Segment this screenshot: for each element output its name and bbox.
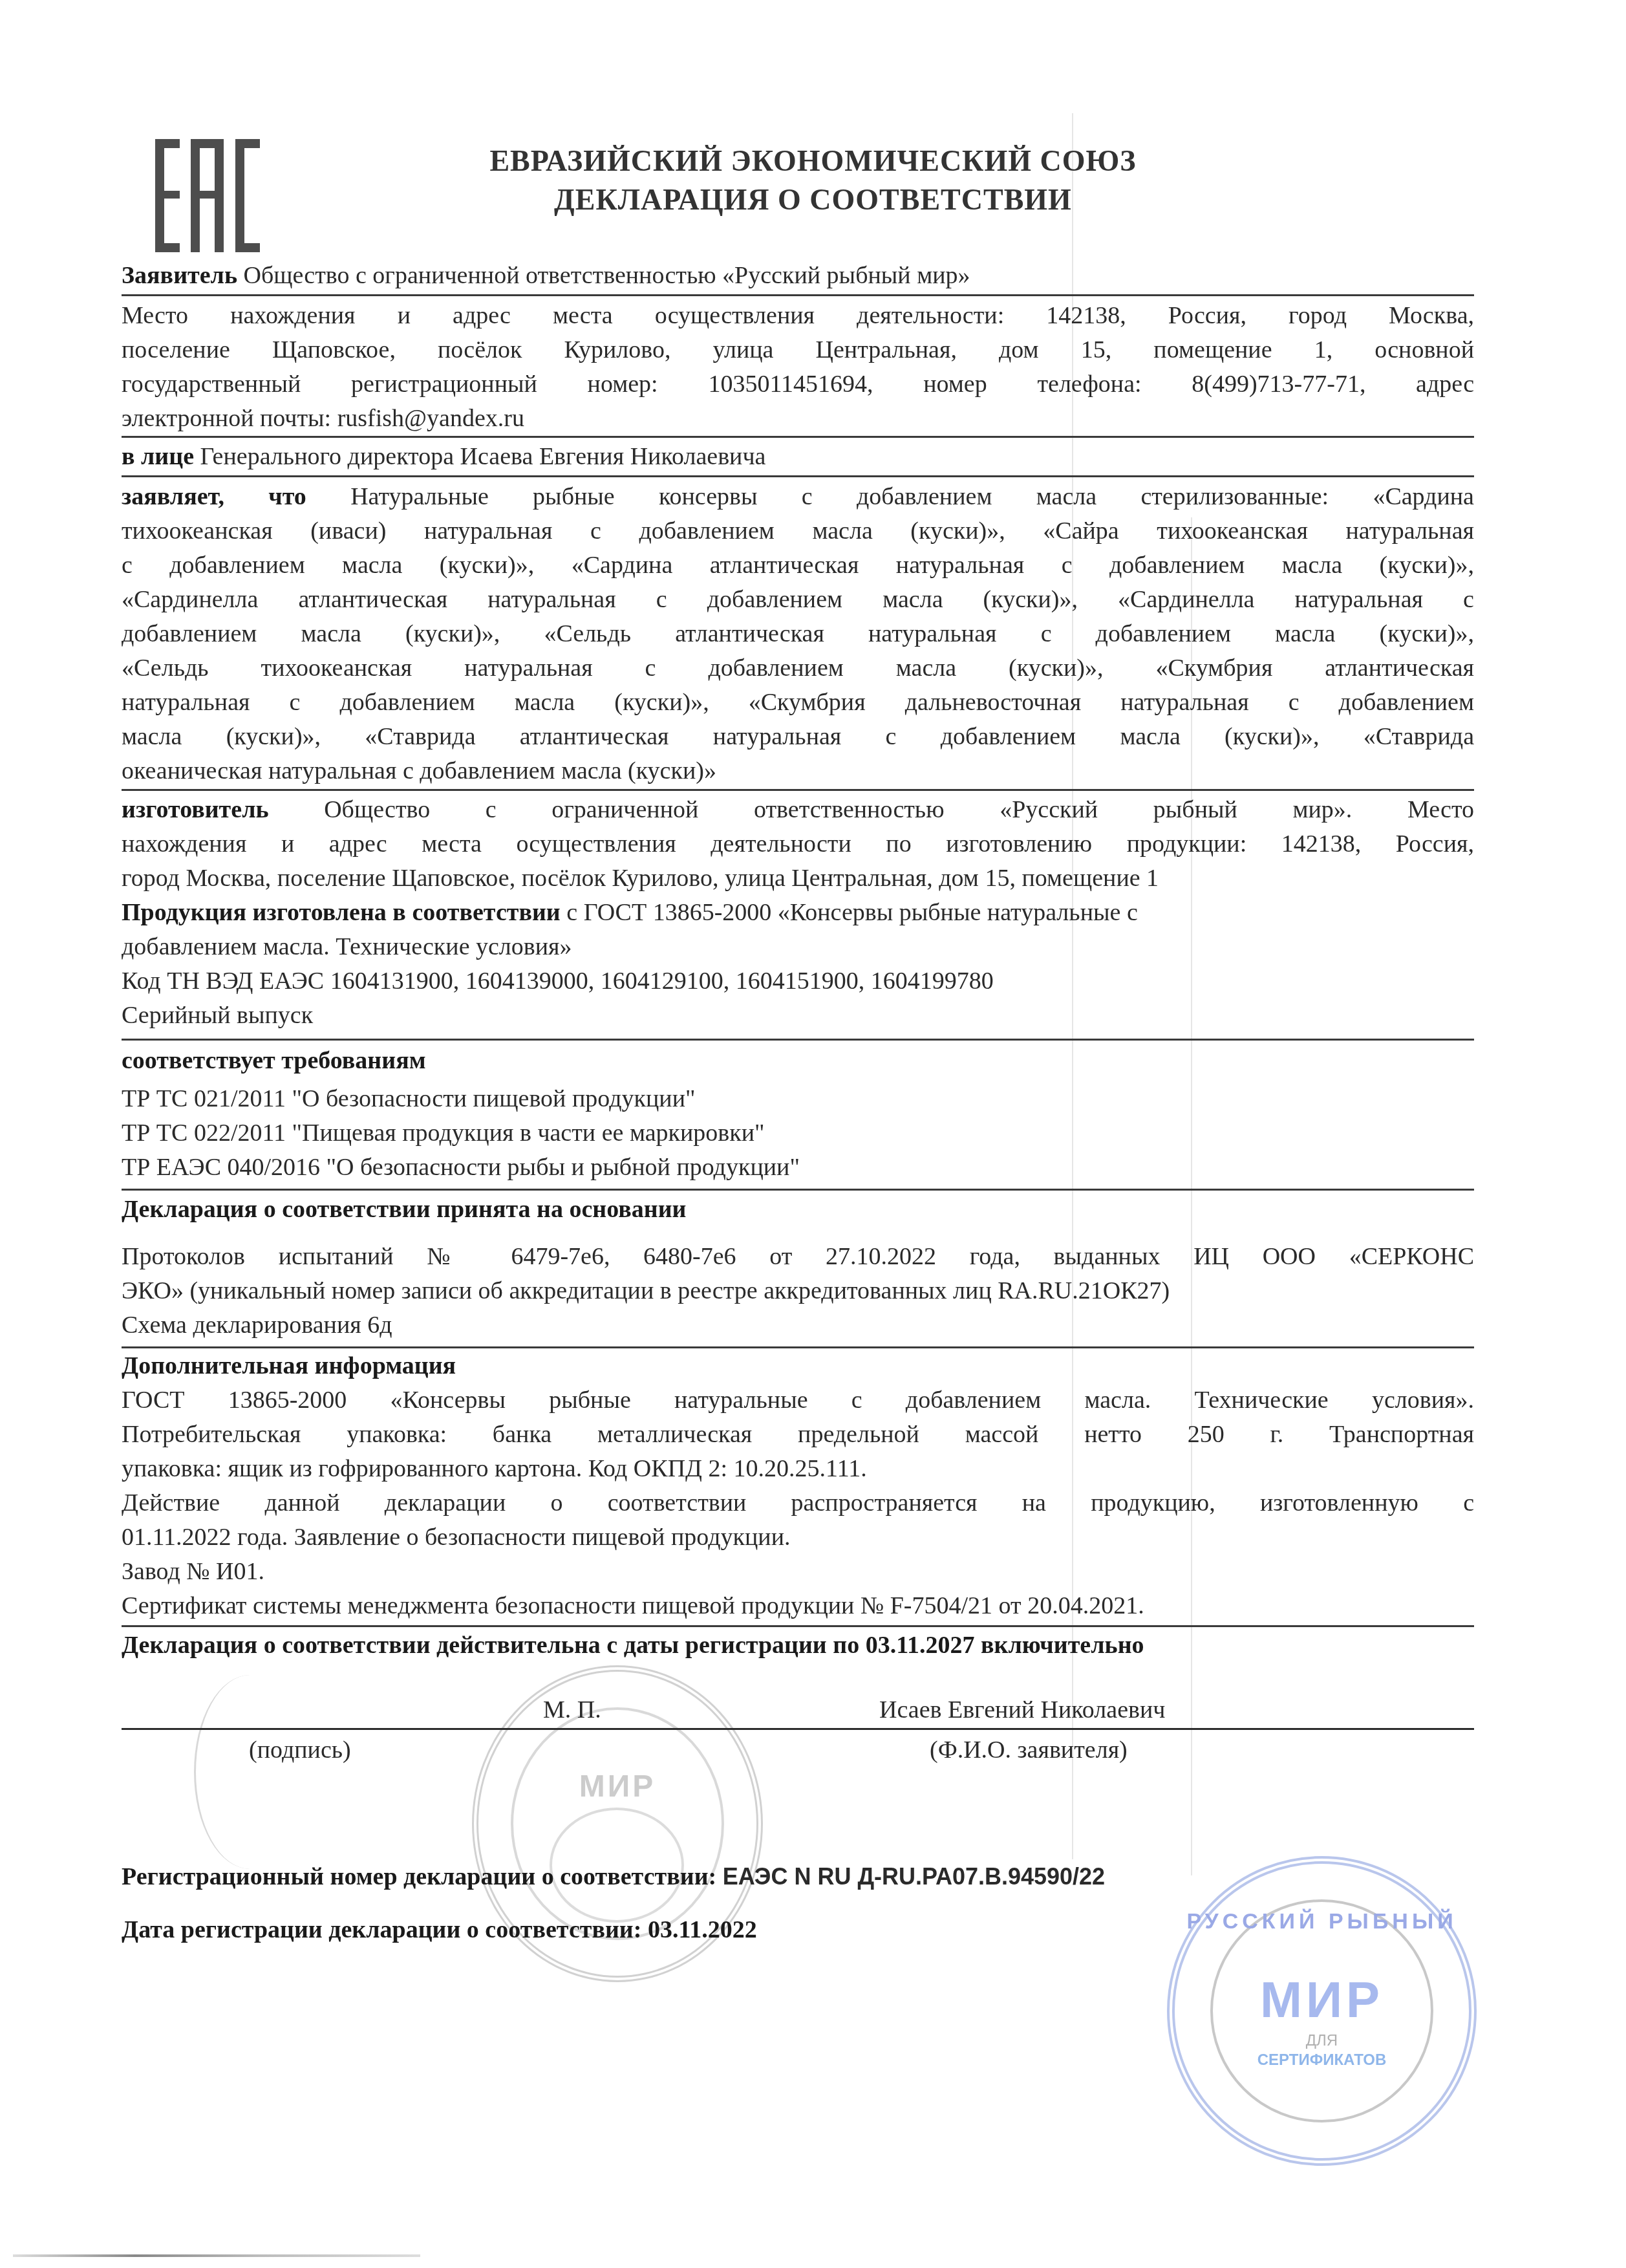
seal-text: МИР (478, 1769, 756, 1804)
declares-line: добавлением масла (куски)», «Сельдь атла… (122, 617, 1474, 651)
address-line: Место нахождения и адрес места осуществл… (122, 299, 1474, 333)
production-type: Серийный выпуск (122, 999, 1474, 1033)
signature-caption: (подпись) (249, 1733, 351, 1767)
divider (122, 1346, 1474, 1348)
manufacturer-line: город Москва, поселение Щаповское, посёл… (122, 861, 1474, 896)
requirements-section: соответствует требованиям ТР ТС 021/2011… (122, 1044, 1474, 1185)
standard-text: с ГОСТ 13865-2000 «Консервы рыбные натур… (566, 899, 1137, 926)
manufacturer-label: изготовитель (122, 796, 269, 823)
additional-line: ГОСТ 13865-2000 «Консервы рыбные натурал… (122, 1383, 1474, 1418)
manufacturer-line: нахождения и адрес места осуществления д… (122, 827, 1474, 861)
additional-label: Дополнительная информация (122, 1349, 1474, 1383)
stamp-subtext: ДЛЯ (1175, 2032, 1469, 2050)
validity-statement: Декларация о соответствии действительна … (122, 1628, 1474, 1663)
certification-stamp: РУССКИЙ РЫБНЫЙ МИР ДЛЯ СЕРТИФИКАТОВ (1167, 1856, 1477, 2166)
registration-date-line: Дата регистрации декларации о соответств… (122, 1913, 757, 1947)
additional-line: Действие данной декларации о соответстви… (122, 1486, 1474, 1520)
divider (122, 294, 1474, 296)
manufacturer-text: Общество с ограниченной ответственностью… (324, 796, 1474, 823)
name-caption: (Ф.И.О. заявителя) (930, 1733, 1128, 1767)
declares-line: натуральная с добавлением масла (куски)»… (122, 686, 1474, 720)
divider (122, 1039, 1474, 1041)
stamp-ring-text: РУССКИЙ РЫБНЫЙ (1175, 1909, 1469, 1934)
representative-label: в лице (122, 443, 194, 470)
manufacturer-line: изготовитель Общество с ограниченной отв… (122, 793, 1474, 827)
representative-line: в лице Генерального директора Исаева Евг… (122, 440, 1474, 474)
factory-number: Завод № И01. (122, 1555, 1474, 1589)
address-line: электронной почты: rusfish@yandex.ru (122, 402, 1474, 436)
requirement-item: ТР ТС 022/2011 "Пищевая продукция в част… (122, 1116, 1474, 1150)
divider (122, 436, 1474, 438)
declaration-page: ЕВРАЗИЙСКИЙ ЭКОНОМИЧЕСКИЙ СОЮЗ ДЕКЛАРАЦИ… (0, 0, 1626, 2268)
declares-line: тихоокеанская (иваси) натуральная с доба… (122, 514, 1474, 548)
requirement-item: ТР ТС 021/2011 "О безопасности пищевой п… (122, 1082, 1474, 1116)
divider (122, 475, 1474, 477)
handwritten-signature (194, 1675, 306, 1869)
basis-line: Протоколов испытаний № 6479-7е6, 6480-7е… (122, 1240, 1474, 1274)
declares-line: с добавлением масла (куски)», «Сардина а… (122, 548, 1474, 583)
stamp-center-text: МИР (1175, 1971, 1469, 2029)
stamp-subtext: СЕРТИФИКАТОВ (1175, 2051, 1469, 2069)
registration-number-line: Регистрационный номер декларации о соотв… (122, 1859, 1105, 1894)
signer-name: Исаев Евгений Николаевич (879, 1693, 1165, 1727)
document-title: ДЕКЛАРАЦИЯ О СООТВЕТСТВИИ (0, 181, 1626, 219)
standard-line: добавлением масла. Технические условия» (122, 930, 1474, 964)
registration-number-label: Регистрационный номер декларации о соотв… (122, 1863, 716, 1890)
declares-line: масла (куски)», «Ставрида атлантическая … (122, 720, 1474, 754)
address-line: государственный регистрационный номер: 1… (122, 367, 1474, 402)
additional-line: 01.11.2022 года. Заявление о безопасност… (122, 1520, 1474, 1555)
food-safety-certificate: Сертификат системы менеджмента безопасно… (122, 1589, 1474, 1623)
declares-section: заявляет, что Натуральные рыбные консерв… (122, 480, 1474, 788)
requirement-item: ТР ЕАЭС 040/2016 "О безопасности рыбы и … (122, 1150, 1474, 1185)
declares-line: заявляет, что Натуральные рыбные консерв… (122, 480, 1474, 514)
registration-date-label: Дата регистрации декларации о соответств… (122, 1916, 641, 1943)
union-title: ЕВРАЗИЙСКИЙ ЭКОНОМИЧЕСКИЙ СОЮЗ (0, 142, 1626, 180)
standard-label: Продукция изготовлена в соответствии (122, 899, 561, 926)
address-line: поселение Щаповское, посёлок Курилово, у… (122, 333, 1474, 367)
declares-line: «Сардинелла атлантическая натуральная с … (122, 583, 1474, 617)
applicant-address: Место нахождения и адрес места осуществл… (122, 299, 1474, 436)
additional-section: Дополнительная информация ГОСТ 13865-200… (122, 1349, 1474, 1623)
divider (122, 1189, 1474, 1191)
declares-text: Натуральные рыбные консервы с добавление… (350, 483, 1474, 510)
standard-line: Продукция изготовлена в соответствии с Г… (122, 896, 1474, 930)
manufacturer-section: изготовитель Общество с ограниченной отв… (122, 793, 1474, 1033)
declaration-scheme: Схема декларирования 6д (122, 1308, 1474, 1343)
additional-line: Потребительская упаковка: банка металлич… (122, 1418, 1474, 1452)
additional-line: упаковка: ящик из гофрированного картона… (122, 1452, 1474, 1486)
seal-place-label: М. П. (543, 1693, 601, 1727)
basis-line: ЭКО» (уникальный номер записи об аккреди… (122, 1274, 1474, 1308)
signature-line (122, 1728, 1474, 1730)
divider (122, 1625, 1474, 1627)
registration-date: 03.11.2022 (648, 1916, 757, 1943)
hs-codes: Код ТН ВЭД ЕАЭС 1604131900, 1604139000, … (122, 964, 1474, 999)
applicant-name: Общество с ограниченной ответственностью… (243, 262, 970, 289)
registration-number: ЕАЭС N RU Д-RU.РА07.В.94590/22 (723, 1863, 1105, 1890)
declares-label: заявляет, что (122, 483, 306, 510)
basis-label: Декларация о соответствии принята на осн… (122, 1193, 1474, 1227)
representative-name: Генерального директора Исаева Евгения Ни… (200, 443, 766, 470)
declares-line: «Сельдь тихоокеанская натуральная с доба… (122, 651, 1474, 686)
applicant-line: Заявитель Общество с ограниченной ответс… (122, 259, 1474, 293)
declares-line: океаническая натуральная с добавлением м… (122, 754, 1474, 788)
applicant-label: Заявитель (122, 262, 237, 289)
requirements-label: соответствует требованиям (122, 1044, 1474, 1078)
basis-section: Декларация о соответствии принята на осн… (122, 1193, 1474, 1343)
divider (122, 789, 1474, 791)
scan-artifact-bottom (13, 2254, 420, 2257)
